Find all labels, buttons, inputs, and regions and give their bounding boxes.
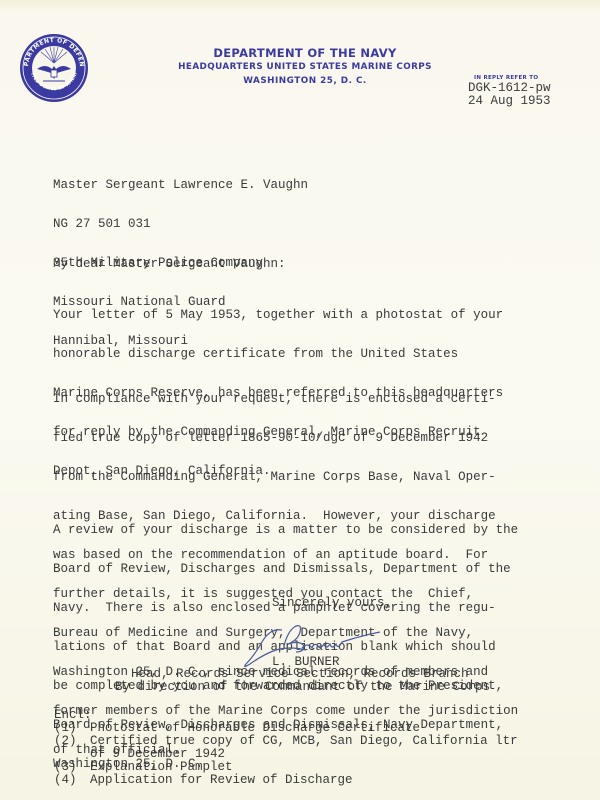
letterhead: DEPARTMENT OF THE NAVY HEADQUARTERS UNIT… <box>160 46 450 88</box>
paragraph-line: honorable discharge certificate from the… <box>53 348 503 361</box>
signer-authority: By direction of the Commandant of the Ma… <box>115 681 490 694</box>
paragraph-line: Board of Review, Discharges and Dismissa… <box>53 563 518 576</box>
letterhead-headquarters: HEADQUARTERS UNITED STATES MARINE CORPS <box>160 60 450 74</box>
paragraph-line: Your letter of 5 May 1953, together with… <box>53 309 503 322</box>
complimentary-close: Sincerely yours, <box>272 597 392 610</box>
paragraph-line: A review of your discharge is a matter t… <box>53 524 518 537</box>
letterhead-department: DEPARTMENT OF THE NAVY <box>160 46 450 60</box>
letter-date: 24 Aug 1953 <box>468 95 551 108</box>
enclosure-text: Application for Review of Discharge <box>90 774 353 787</box>
paragraph-line: In compliance with your request, there i… <box>53 393 518 406</box>
address-line: NG 27 501 031 <box>53 218 308 231</box>
letterhead-location: WASHINGTON 25, D. C. <box>160 74 450 88</box>
enclosure-item: (4) Application for Review of Discharge <box>54 774 518 787</box>
salutation: My dear Master Sergeant Vaughn: <box>53 258 286 271</box>
address-line: Master Sergeant Lawrence E. Vaughn <box>53 179 308 192</box>
enclosure-number: (4) <box>54 774 90 787</box>
department-of-defense-seal-icon: DEPARTMENT OF DEFENSE UNITED STATES OF A… <box>19 33 89 103</box>
enclosure-number: (2) <box>54 735 90 748</box>
letter-page: DEPARTMENT OF DEFENSE UNITED STATES OF A… <box>0 0 600 800</box>
enclosures: Encl: (1) Photostat of Honorable Dischar… <box>54 709 518 787</box>
paragraph-line: fied true copy of letter 1865-90-10/dgc … <box>53 432 518 445</box>
reference-block: IN REPLY REFER TO DGK-1612-pw 24 Aug 195… <box>468 74 551 108</box>
paragraph-line: from the Commanding General, Marine Corp… <box>53 471 518 484</box>
